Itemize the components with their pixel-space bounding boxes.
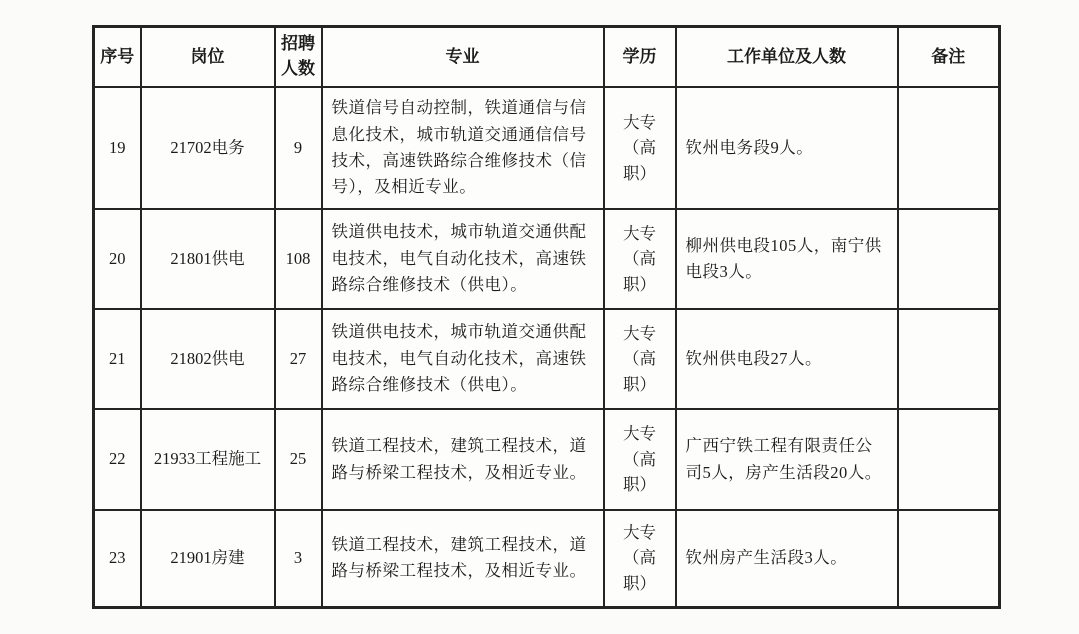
recruitment-table-container: 序号 岗位 招聘人数 专业 学历 工作单位及人数 备注 19 21702电务 9…: [92, 25, 1001, 609]
table-row: 22 21933工程施工 25 铁道工程技术，建筑工程技术，道路与桥梁工程技术，…: [94, 409, 1000, 510]
cell-post: 21802供电: [141, 309, 275, 409]
cell-seq: 20: [94, 209, 141, 309]
cell-education: 大专（高职）: [604, 409, 676, 510]
cell-count: 3: [275, 510, 322, 607]
column-header-count: 招聘人数: [275, 27, 322, 88]
header-row: 序号 岗位 招聘人数 专业 学历 工作单位及人数 备注: [94, 27, 1000, 88]
column-header-major: 专业: [322, 27, 604, 88]
cell-education: 大专（高职）: [604, 87, 676, 209]
page: { "table": { "columns": ["序号", "岗位", "招聘…: [0, 0, 1079, 634]
cell-seq: 22: [94, 409, 141, 510]
cell-post: 21901房建: [141, 510, 275, 607]
recruitment-table: 序号 岗位 招聘人数 专业 学历 工作单位及人数 备注 19 21702电务 9…: [92, 25, 1001, 609]
cell-major: 铁道供电技术，城市轨道交通供配电技术，电气自动化技术，高速铁路综合维修技术（供电…: [322, 209, 604, 309]
cell-remark: [898, 209, 1000, 309]
cell-post: 21801供电: [141, 209, 275, 309]
cell-major: 铁道供电技术，城市轨道交通供配电技术，电气自动化技术，高速铁路综合维修技术（供电…: [322, 309, 604, 409]
cell-major: 铁道工程技术，建筑工程技术，道路与桥梁工程技术，及相近专业。: [322, 510, 604, 607]
cell-education: 大专（高职）: [604, 510, 676, 607]
cell-post: 21933工程施工: [141, 409, 275, 510]
cell-unit: 柳州供电段105人，南宁供电段3人。: [676, 209, 898, 309]
table-row: 23 21901房建 3 铁道工程技术，建筑工程技术，道路与桥梁工程技术，及相近…: [94, 510, 1000, 607]
cell-count: 25: [275, 409, 322, 510]
table-row: 20 21801供电 108 铁道供电技术，城市轨道交通供配电技术，电气自动化技…: [94, 209, 1000, 309]
cell-remark: [898, 309, 1000, 409]
cell-major: 铁道信号自动控制，铁道通信与信息化技术，城市轨道交通通信信号技术，高速铁路综合维…: [322, 87, 604, 209]
column-header-education: 学历: [604, 27, 676, 88]
table-row: 21 21802供电 27 铁道供电技术，城市轨道交通供配电技术，电气自动化技术…: [94, 309, 1000, 409]
column-header-unit: 工作单位及人数: [676, 27, 898, 88]
cell-unit: 钦州供电段27人。: [676, 309, 898, 409]
cell-education: 大专（高职）: [604, 209, 676, 309]
cell-count: 108: [275, 209, 322, 309]
column-header-seq: 序号: [94, 27, 141, 88]
cell-unit: 广西宁铁工程有限责任公司5人，房产生活段20人。: [676, 409, 898, 510]
cell-count: 27: [275, 309, 322, 409]
column-header-post: 岗位: [141, 27, 275, 88]
cell-unit: 钦州房产生活段3人。: [676, 510, 898, 607]
cell-seq: 21: [94, 309, 141, 409]
cell-major: 铁道工程技术，建筑工程技术，道路与桥梁工程技术，及相近专业。: [322, 409, 604, 510]
cell-remark: [898, 87, 1000, 209]
cell-unit: 钦州电务段9人。: [676, 87, 898, 209]
cell-seq: 23: [94, 510, 141, 607]
cell-count: 9: [275, 87, 322, 209]
cell-post: 21702电务: [141, 87, 275, 209]
column-header-remark: 备注: [898, 27, 1000, 88]
table-row: 19 21702电务 9 铁道信号自动控制，铁道通信与信息化技术，城市轨道交通通…: [94, 87, 1000, 209]
cell-remark: [898, 510, 1000, 607]
cell-education: 大专（高职）: [604, 309, 676, 409]
cell-seq: 19: [94, 87, 141, 209]
cell-remark: [898, 409, 1000, 510]
